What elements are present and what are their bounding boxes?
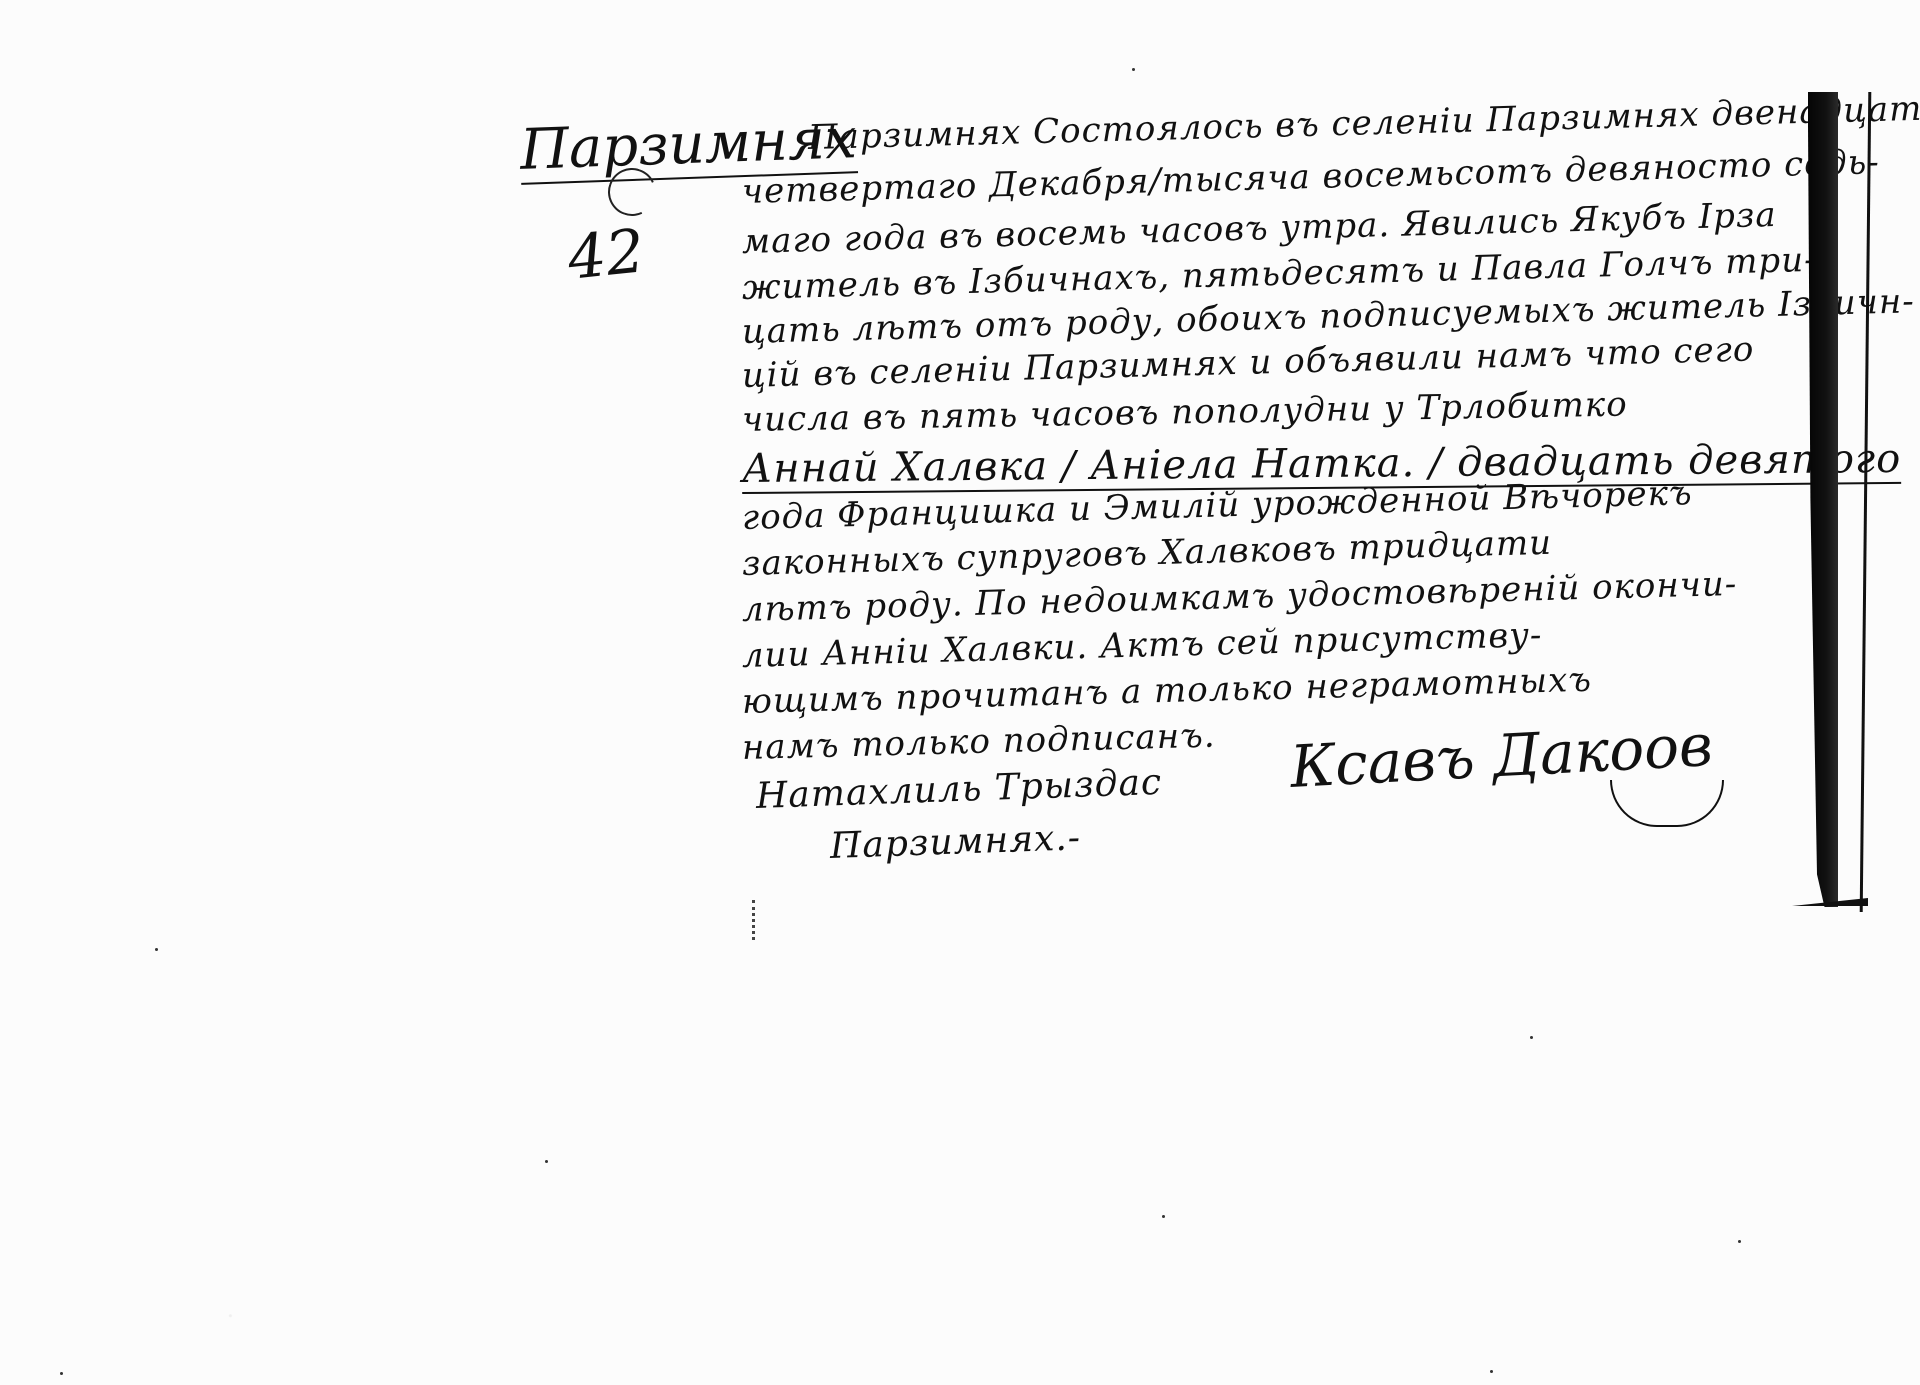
scan-speck (1132, 68, 1135, 71)
scan-speck (1738, 1240, 1741, 1243)
fold-mark (752, 900, 758, 940)
signature-flourish (1610, 780, 1724, 827)
scanner-edge-shadow (1808, 92, 1838, 907)
text-line-14: намъ только подписанъ. (741, 716, 1216, 768)
scan-speck (60, 1372, 63, 1375)
scan-speck (155, 948, 158, 951)
scan-speck (545, 1160, 548, 1163)
margin-act-number: 42 (565, 216, 648, 294)
scanned-page: Парзимнях 42 Парзимнях Состоялось въ сел… (0, 0, 1920, 1385)
closing-line-1: Натахлиль Трыздас (755, 762, 1162, 817)
scan-speck (1162, 1215, 1165, 1218)
scan-speck (1530, 1036, 1533, 1039)
text-line-7: числа въ пять часовъ пополудни у Трлобит… (742, 385, 1628, 440)
closing-line-2: Парзимнях.- (829, 817, 1081, 867)
scan-speck (1490, 1370, 1493, 1373)
page-edge-line (1860, 92, 1872, 912)
scan-speck (845, 838, 848, 841)
